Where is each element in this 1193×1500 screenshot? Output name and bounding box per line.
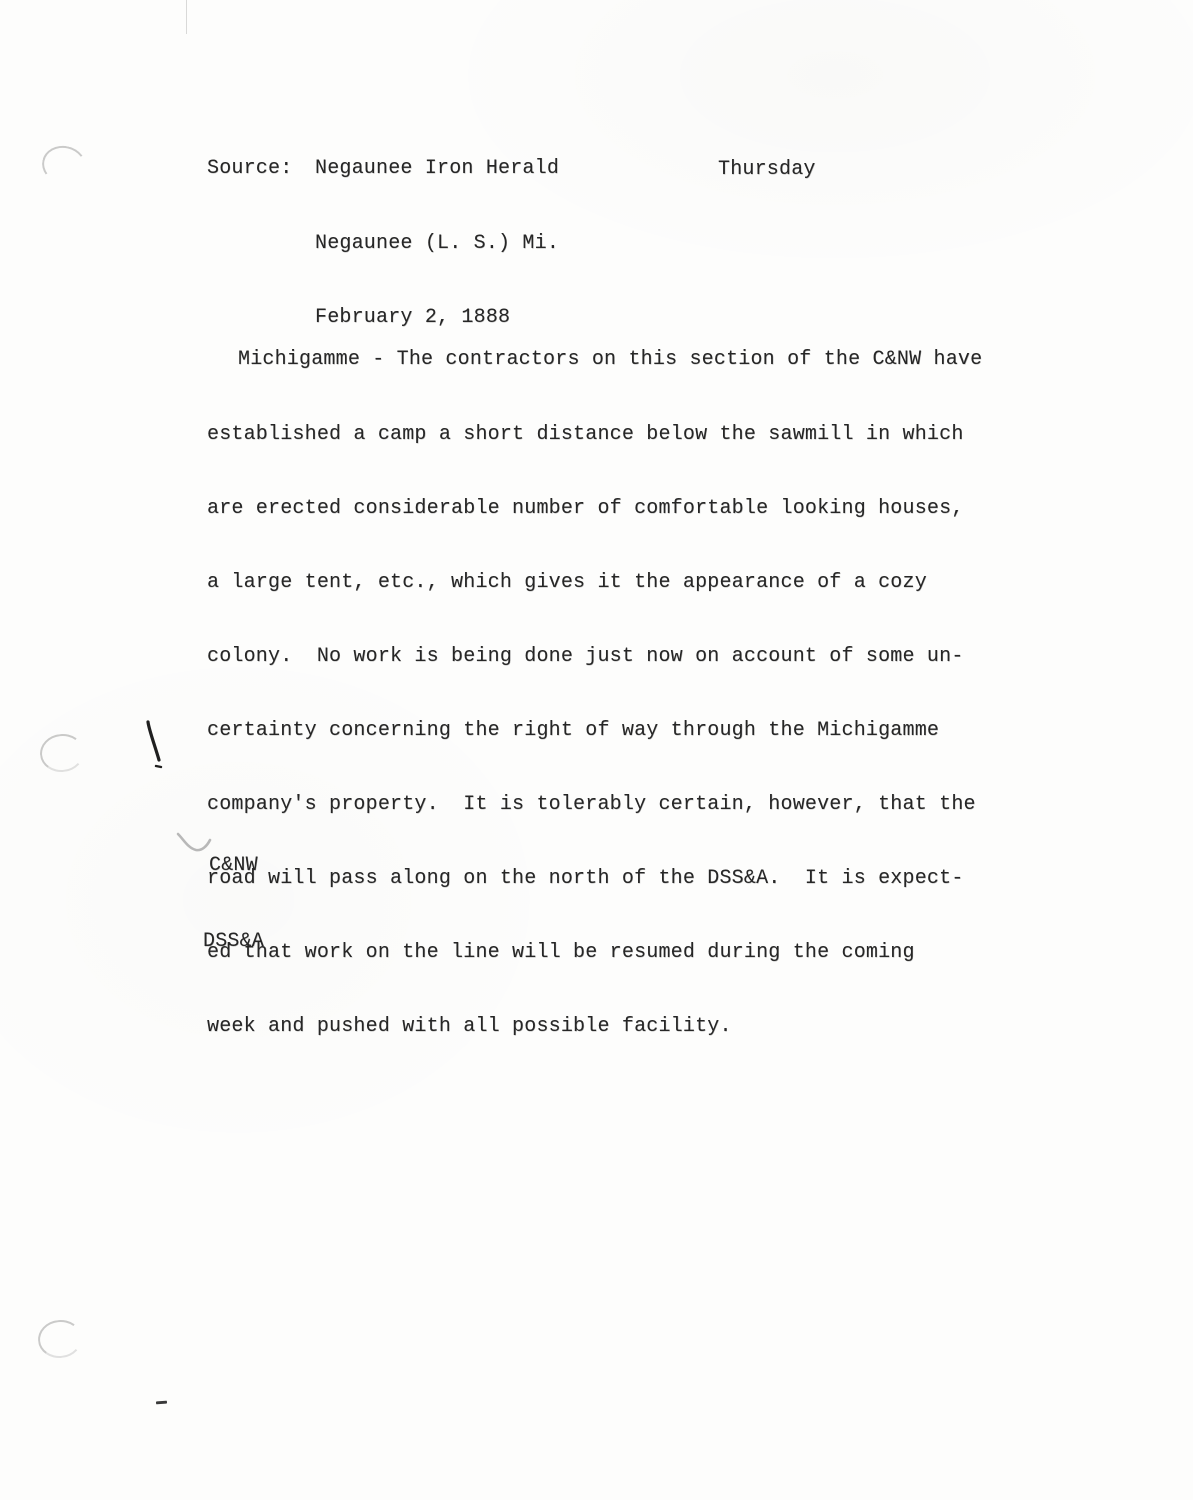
article-line: established a camp a short distance belo… (207, 423, 1007, 448)
stray-pen-dash (156, 1401, 167, 1405)
article-line: colony. No work is being done just now o… (207, 645, 1007, 670)
article-line: Michigamme - The contractors on this sec… (207, 348, 1007, 373)
article-line: ed that work on the line will be resumed… (207, 941, 1007, 966)
source-row-2: Negaunee (L. S.) Mi. (207, 232, 559, 257)
article-line: certainty concerning the right of way th… (207, 719, 1007, 744)
source-label: Source: (207, 157, 315, 182)
source-row-1: Source: Negaunee Iron Herald (207, 157, 559, 182)
punch-hole-arc-bottom (36, 1318, 84, 1360)
paper-crease-line (186, 0, 187, 34)
article-line: a large tent, etc., which gives it the a… (207, 571, 1007, 596)
index-term-cnw: C&NW (203, 853, 264, 879)
article-line: road will pass along on the north of the… (207, 867, 1007, 892)
punch-hole-arc-top (39, 142, 90, 188)
scanned-document-page: Source: Negaunee Iron Herald Negaunee (L… (0, 0, 1193, 1500)
publication-name: Negaunee Iron Herald (315, 157, 559, 182)
weekday-label: Thursday (718, 158, 816, 183)
article-line: week and pushed with all possible facili… (207, 1015, 1007, 1040)
article-line: company's property. It is tolerably cert… (207, 793, 1007, 818)
publication-place: Negaunee (L. S.) Mi. (315, 232, 559, 257)
index-terms: C&NW DSS&A (203, 804, 264, 1004)
article-body: Michigamme - The contractors on this sec… (207, 299, 1007, 1090)
article-line: are erected considerable number of comfo… (207, 497, 1007, 522)
punch-hole-arc-middle (38, 732, 86, 774)
index-term-dssa: DSS&A (203, 929, 264, 955)
pen-slash-mark (141, 718, 167, 772)
